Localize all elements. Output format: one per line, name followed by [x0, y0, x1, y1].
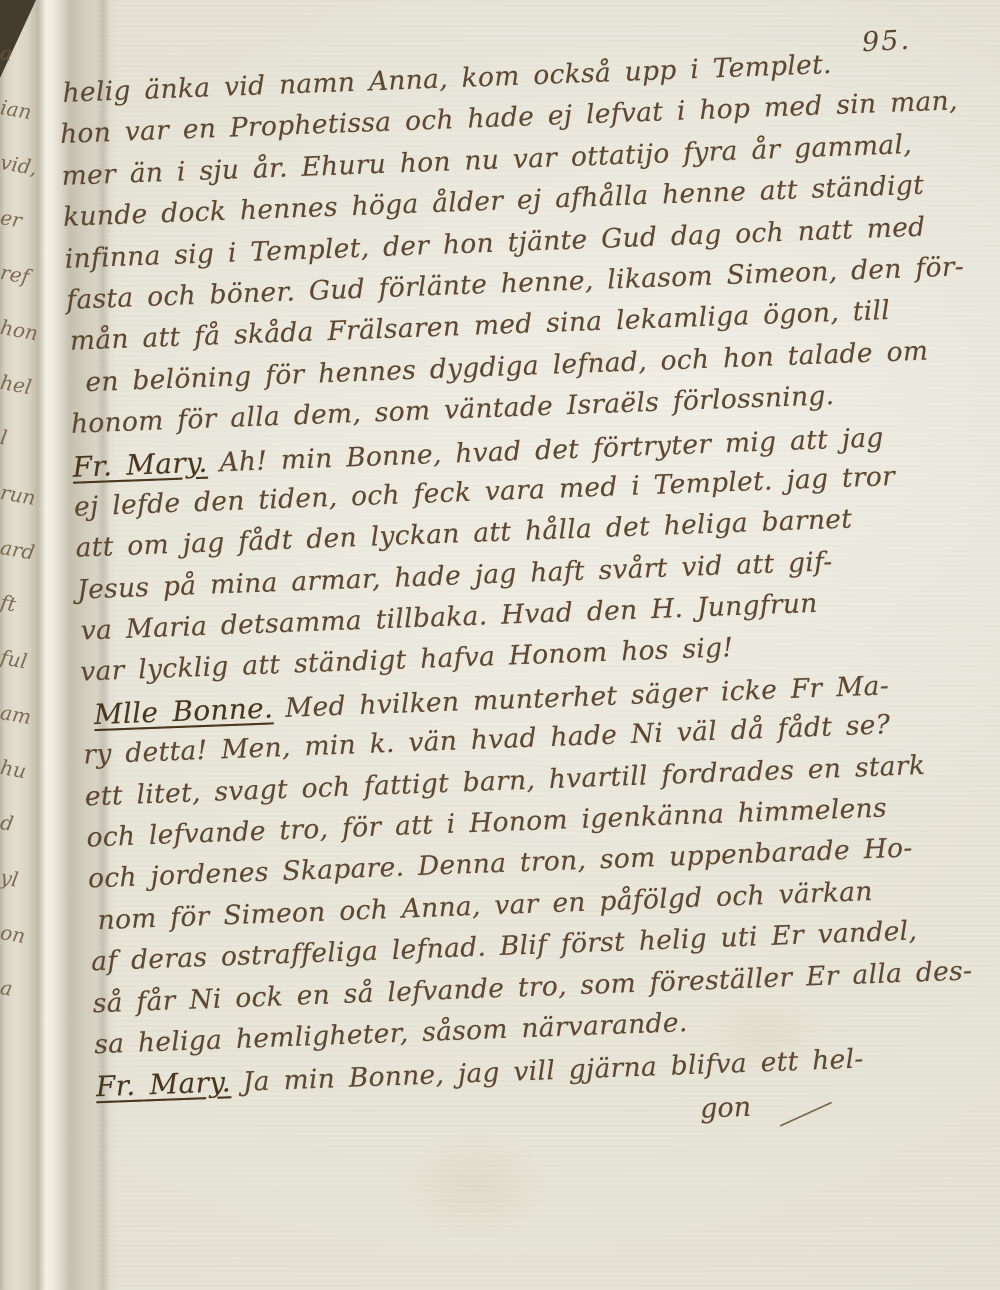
margin-fragment: a	[0, 972, 39, 1012]
margin-fragment: l	[0, 422, 39, 462]
text-block: helig änka vid namn Anna, kom också upp …	[58, 44, 1000, 1162]
margin-fragment: a	[0, 37, 39, 77]
margin-fragment: vid,	[0, 147, 39, 187]
margin-fragment: ian	[0, 92, 39, 132]
margin-fragment: hon	[0, 312, 39, 352]
margin-fragment: am	[0, 697, 39, 737]
margin-fragment: er	[0, 202, 39, 242]
margin-fragment: on	[0, 917, 39, 957]
margin-fragment: ard	[0, 532, 39, 572]
speaker-label: Fr. Mary.	[72, 445, 208, 483]
margin-fragment: ful	[0, 642, 39, 682]
margin-fragment: ref	[0, 257, 39, 297]
margin-fragment: hu	[0, 752, 39, 792]
lines-container: helig änka vid namn Anna, kom också upp …	[58, 44, 1000, 1112]
catchword: gon	[700, 1091, 752, 1124]
manuscript-page: aianvid,errefhonhellrunardftfulamhudylon…	[0, 0, 1000, 1290]
catchword-flourish	[777, 1096, 836, 1135]
margin-fragment: ft	[0, 587, 39, 627]
margin-fragment: run	[0, 477, 39, 517]
speaker-label: Fr. Mary.	[95, 1066, 231, 1104]
margin-fragment: hel	[0, 367, 39, 407]
speaker-label: Mlle Bonne.	[93, 691, 273, 731]
margin-fragment: d	[0, 807, 39, 847]
margin-fragment: yl	[0, 862, 39, 902]
